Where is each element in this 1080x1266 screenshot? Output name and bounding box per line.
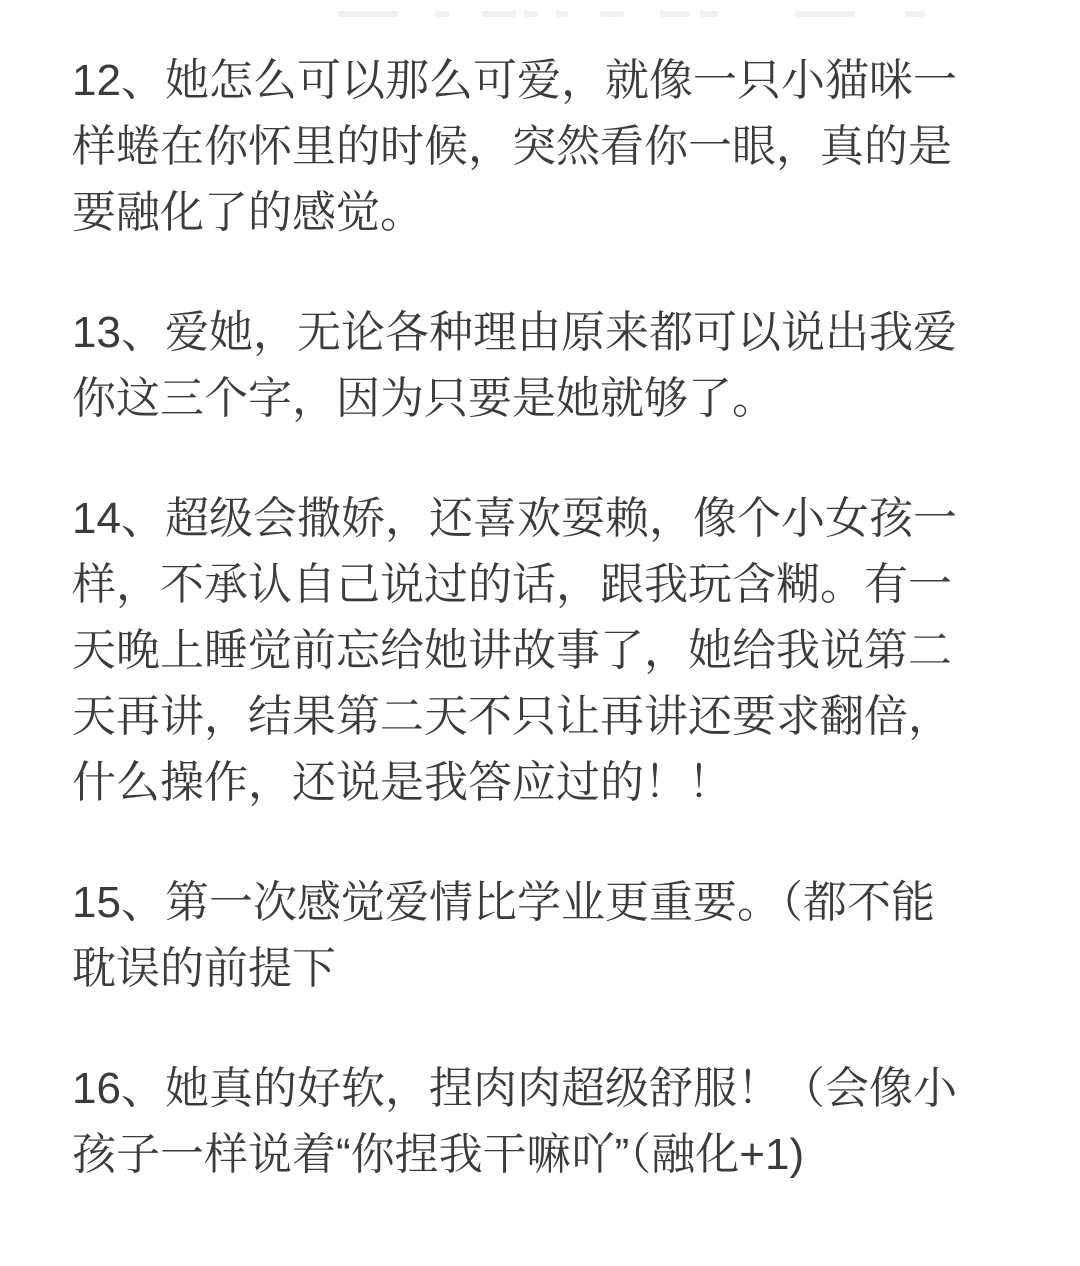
text-line: 12、她怎么可以那么可爱，就像一只小猫咪一 bbox=[72, 48, 972, 114]
cropped-text-remnant bbox=[795, 11, 855, 17]
cropped-text-remnant bbox=[700, 11, 718, 17]
text-line: 16、她真的好软，捏肉肉超级舒服！（会像小 bbox=[72, 1056, 972, 1122]
list-item-14: 14、超级会撒娇，还喜欢耍赖，像个小女孩一 样，不承认自己说过的话，跟我玩含糊。… bbox=[72, 486, 972, 816]
text-line: 天再讲，结果第二天不只让再讲还要求翻倍， bbox=[72, 684, 972, 750]
cropped-text-remnant bbox=[600, 11, 624, 17]
cropped-text-remnant bbox=[524, 11, 538, 17]
text-line: 样，不承认自己说过的话，跟我玩含糊。有一 bbox=[72, 552, 972, 618]
cropped-text-remnant bbox=[660, 11, 690, 17]
text-line: 要融化了的感觉。 bbox=[72, 180, 972, 246]
list-item-12: 12、她怎么可以那么可爱，就像一只小猫咪一 样蜷在你怀里的时候，突然看你一眼，真… bbox=[72, 48, 972, 246]
cropped-text-remnant bbox=[482, 11, 516, 17]
cropped-text-remnant bbox=[556, 11, 568, 17]
cropped-text-remnant bbox=[905, 11, 925, 17]
text-line: 14、超级会撒娇，还喜欢耍赖，像个小女孩一 bbox=[72, 486, 972, 552]
list-item-16: 16、她真的好软，捏肉肉超级舒服！（会像小 孩子一样说着“你捏我干嘛吖”（融化+… bbox=[72, 1056, 972, 1188]
cropped-previous-line bbox=[0, 11, 1080, 19]
text-page: 12、她怎么可以那么可爱，就像一只小猫咪一 样蜷在你怀里的时候，突然看你一眼，真… bbox=[0, 0, 1080, 1266]
text-line: 15、第一次感觉爱情比学业更重要。（都不能 bbox=[72, 870, 972, 936]
cropped-text-remnant bbox=[338, 11, 398, 17]
text-line: 天晚上睡觉前忘给她讲故事了，她给我说第二 bbox=[72, 618, 972, 684]
quote-list: 12、她怎么可以那么可爱，就像一只小猫咪一 样蜷在你怀里的时候，突然看你一眼，真… bbox=[72, 48, 972, 1188]
text-line: 耽误的前提下 bbox=[72, 936, 972, 1002]
list-item-13: 13、爱她，无论各种理由原来都可以说出我爱 你这三个字，因为只要是她就够了。 bbox=[72, 300, 972, 432]
list-item-15: 15、第一次感觉爱情比学业更重要。（都不能 耽误的前提下 bbox=[72, 870, 972, 1002]
text-line: 样蜷在你怀里的时候，突然看你一眼，真的是 bbox=[72, 114, 972, 180]
text-line: 13、爱她，无论各种理由原来都可以说出我爱 bbox=[72, 300, 972, 366]
text-line: 你这三个字，因为只要是她就够了。 bbox=[72, 366, 972, 432]
text-line: 什么操作，还说是我答应过的！！ bbox=[72, 750, 972, 816]
cropped-text-remnant bbox=[435, 11, 449, 17]
text-line: 孩子一样说着“你捏我干嘛吖”（融化+1) bbox=[72, 1122, 972, 1188]
